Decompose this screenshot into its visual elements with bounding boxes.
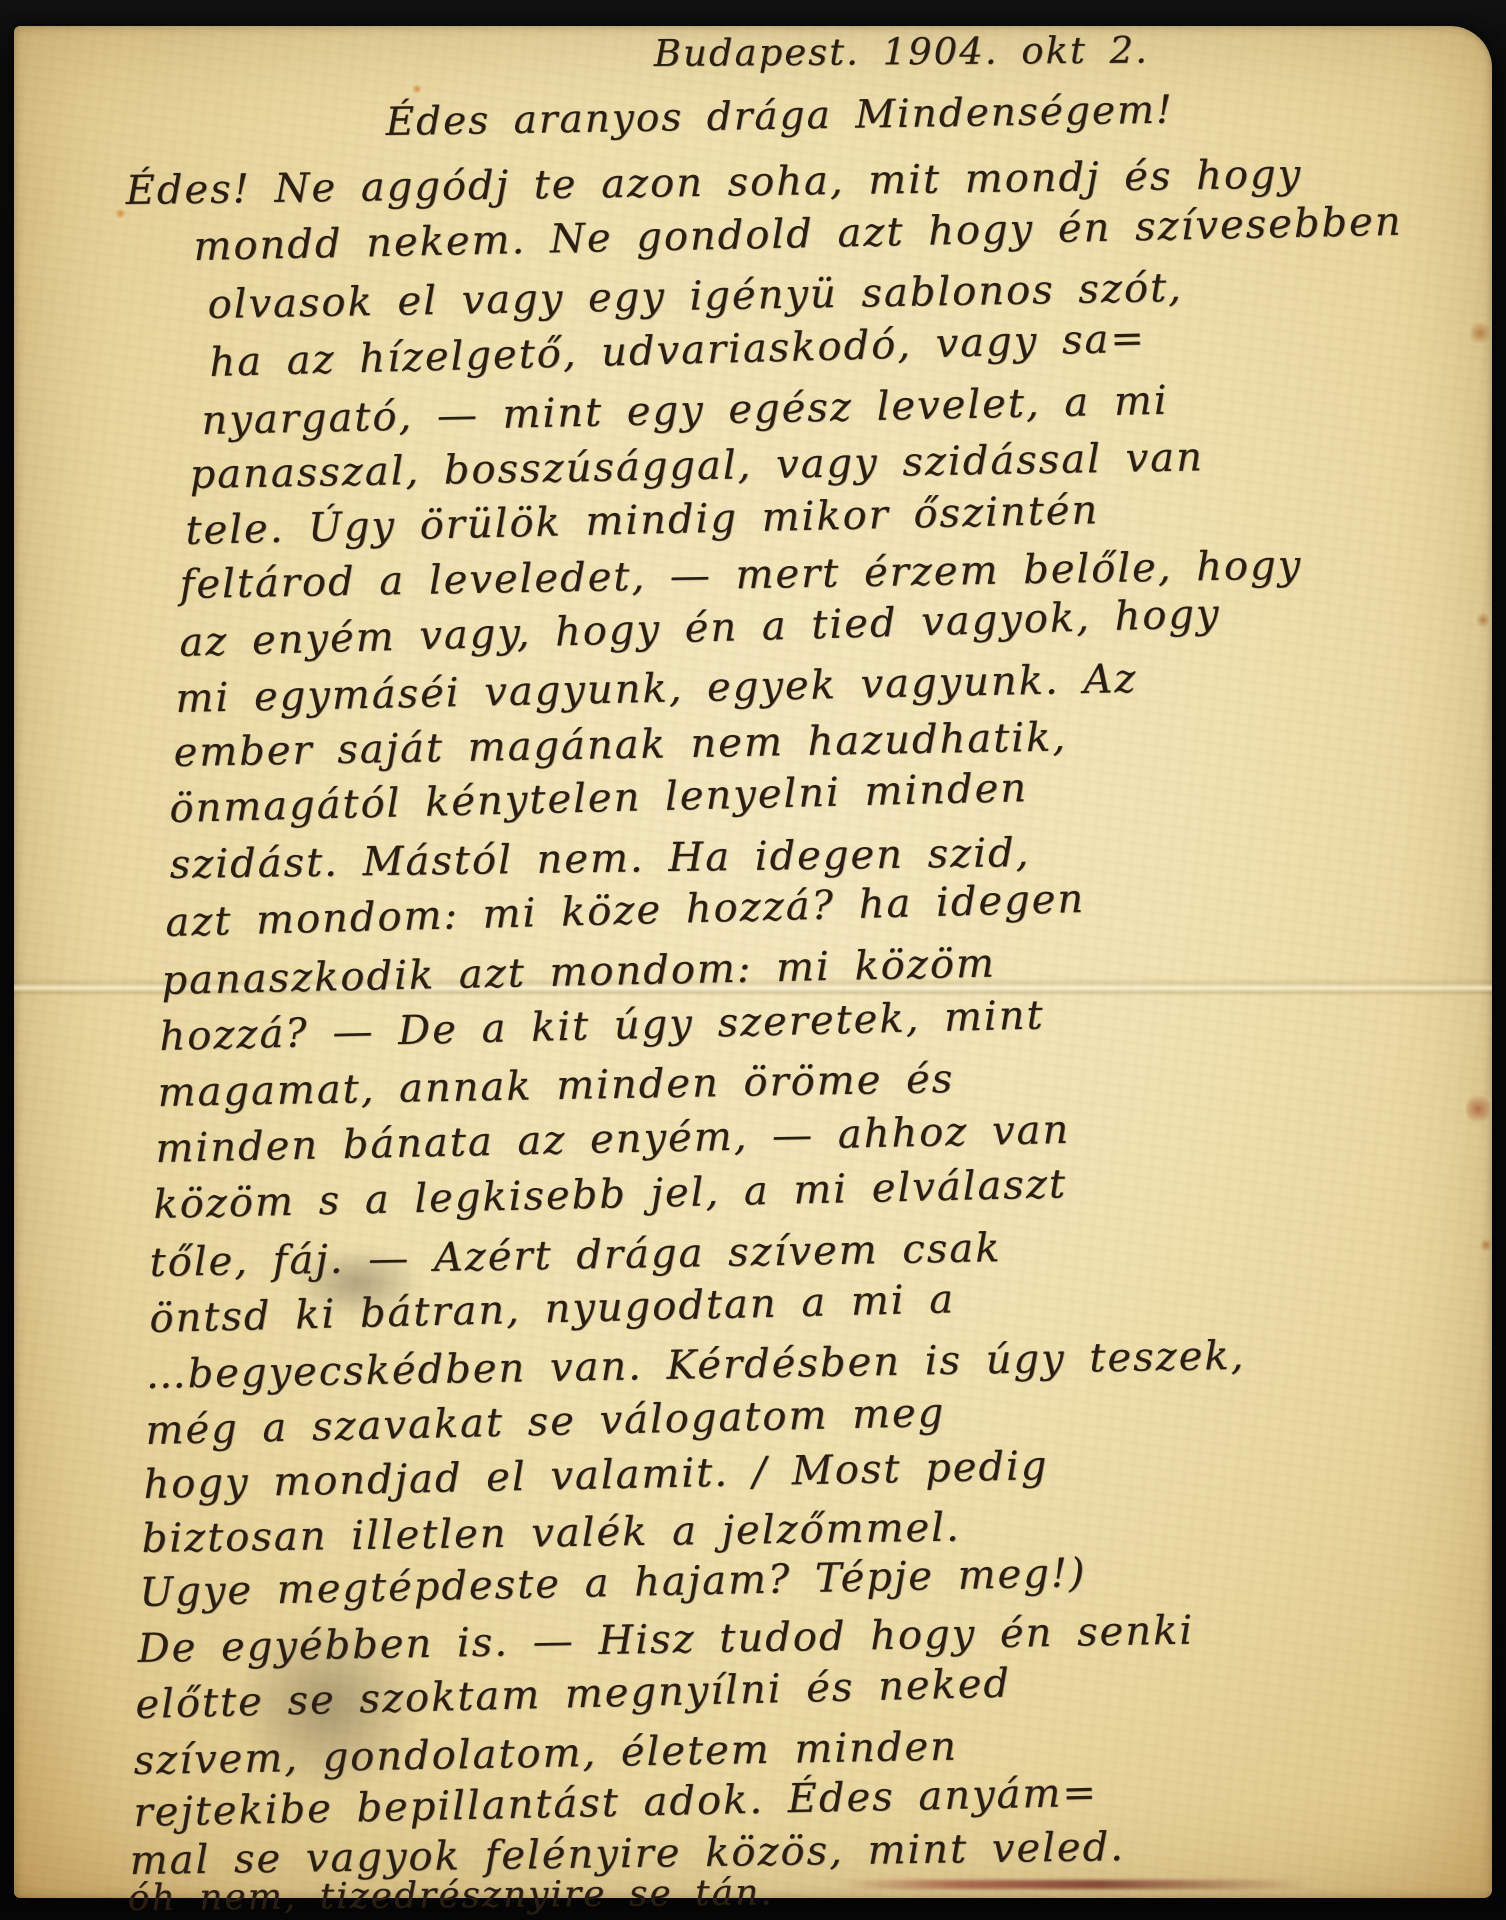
- letter-page: Budapest. 1904. okt 2. Édes aranyos drág…: [14, 26, 1492, 1898]
- body-line: biztosan illetlen valék a jelzőmmel.: [141, 1505, 961, 1562]
- body-line: …begyecskédben van. Kérdésben is úgy tes…: [145, 1333, 1245, 1398]
- stain: [1466, 1092, 1490, 1126]
- body-line: hozzá? — De a kit úgy szeretek, mint: [159, 992, 1045, 1060]
- body-line: De egyébben is. — Hisz tudod hogy én sen…: [137, 1608, 1194, 1672]
- body-line: minden bánata az enyém, — ahhoz van: [155, 1107, 1071, 1172]
- body-line: ha az hízelgető, udvariaskodó, vagy sa=: [209, 315, 1147, 386]
- stain: [840, 1880, 1310, 1889]
- body-line: óh nem, tizedrésznyire se tán.: [128, 1872, 774, 1919]
- body-line: mi egymáséi vagyunk, egyek vagyunk. Az: [175, 656, 1138, 722]
- body-line: tőle, fáj. — Azért drága szívem csak: [149, 1225, 1002, 1286]
- body-line: azt mondom: mi köze hozzá? ha idegen: [165, 876, 1086, 946]
- body-line: előtte se szoktam megnyílni és neked: [135, 1661, 1012, 1728]
- stain: [1480, 1238, 1492, 1252]
- stain: [115, 208, 126, 219]
- stain: [412, 84, 422, 94]
- date-line: Budapest. 1904. okt 2.: [654, 29, 1149, 75]
- body-line: önmagától kénytelen lenyelni minden: [169, 765, 1029, 832]
- body-line: öntsd ki bátran, nyugodtan a mi a: [149, 1276, 956, 1342]
- salutation: Édes aranyos drága Mindenségem!: [385, 88, 1174, 145]
- body-line: közöm s a legkisebb jel, a mi elválaszt: [153, 1161, 1067, 1228]
- stain: [1470, 320, 1490, 346]
- body-line: panaszkodik azt mondom: mi közöm: [161, 941, 996, 1004]
- body-line: még a szavakat se válogatom meg: [145, 1390, 946, 1454]
- body-line: nyargató, — mint egy egész levelet, a mi: [201, 378, 1169, 444]
- scanned-letter: Budapest. 1904. okt 2. Édes aranyos drág…: [0, 0, 1506, 1920]
- stain: [1476, 612, 1490, 628]
- body-line: magamat, annak minden öröme és: [157, 1056, 954, 1116]
- body-line: tele. Úgy örülök mindig mikor őszintén: [185, 487, 1100, 554]
- body-line: szidást. Mástól nem. Ha idegen szid,: [169, 830, 1030, 888]
- body-line: hogy mondjad el valamit. / Most pedig: [143, 1443, 1049, 1508]
